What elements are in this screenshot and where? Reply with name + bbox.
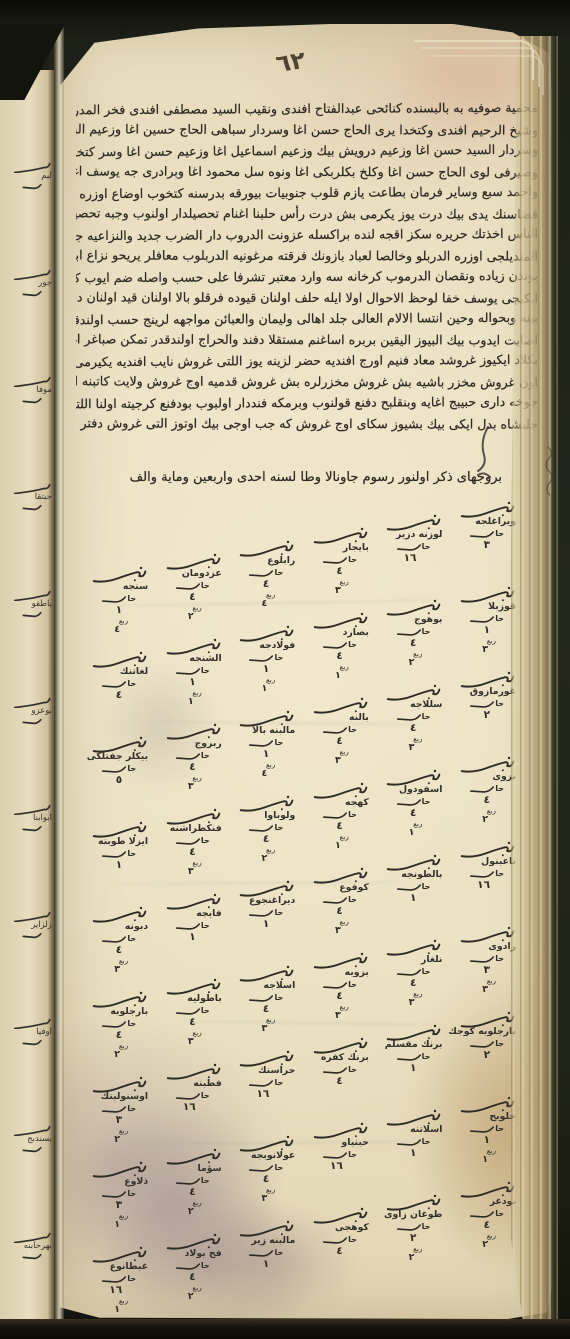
hane-entry: حا [299, 641, 357, 650]
rub-count: ٣ [372, 998, 414, 1007]
facing-page-entry: موفا [0, 374, 52, 404]
register-row: غورمازوق حا ٢ سللاجه حا ٤ ربع ٣ بال [78, 670, 516, 755]
hane-label: حا [422, 1053, 431, 1061]
hane-count: ٤ [299, 651, 343, 661]
hane-count: ٤ [299, 1246, 343, 1256]
village-name: برنك مقسلم [372, 1040, 442, 1050]
hane-entry: حا [372, 1223, 430, 1232]
village-name: ويراغلجه [446, 517, 516, 527]
hane-label: حا [201, 1262, 210, 1270]
hane-label: حا [348, 1151, 357, 1159]
hane-count: ٤ [299, 991, 343, 1001]
hane-count: ٤ [372, 638, 416, 648]
hane-label: حا [495, 700, 504, 708]
hane-dash-icon [22, 825, 42, 832]
hane-entry: حا [299, 981, 357, 990]
hane-count: ٤ [299, 566, 343, 576]
facing-entry-text: جبتقا [0, 493, 52, 502]
hane-label: حا [495, 1040, 504, 1048]
rub-entry: ربع ١ [446, 1147, 496, 1164]
hane-label: حا [495, 870, 504, 878]
hane-label: حا [127, 1275, 136, 1283]
hane-count: ٤ [152, 1272, 196, 1282]
hane-count: ١٦ [78, 1285, 122, 1295]
hane-dash-icon [397, 883, 421, 892]
hane-dash-icon [397, 1053, 421, 1062]
text-line: واحمد سبع وساير فرمان بطاعت يازم قلوب جن… [76, 181, 538, 204]
village-name: فايجه [152, 909, 222, 919]
hane-entry: حا [225, 994, 283, 1003]
hane-dash-icon [22, 1253, 42, 1260]
hane-dash-icon [397, 1223, 421, 1232]
hane-entry: حا [225, 1079, 283, 1088]
rub-count: ٣ [372, 743, 414, 752]
hane-dash-icon [249, 994, 273, 1003]
hane-dash-icon [470, 1040, 494, 1049]
rub-count: ٢ [446, 1240, 488, 1249]
hane-label: حا [495, 530, 504, 538]
rub-entry: ربع ٣ [446, 977, 496, 994]
hane-dash-icon [470, 1125, 494, 1134]
hane-label: حا [348, 641, 357, 649]
rub-entry: ربع ٣ [372, 735, 422, 752]
hane-label: حا [495, 1125, 504, 1133]
hane-entry: حا [299, 1066, 357, 1075]
register-row: بودغر حا ٤ ربع ٢ طوغان زاوى حا ٢ ربع ٢ [78, 1180, 516, 1265]
village-name: ربروج [152, 739, 222, 749]
text-line: جوخه دارى حبيبج اغايه وبنقلبح دفنع قولنو… [76, 391, 538, 414]
hane-dash-icon [470, 955, 494, 964]
hane-dash-icon [249, 909, 273, 918]
register-cell: قوزبلا حا ١ ربع ٣ [446, 585, 516, 670]
page-stack-edges [414, 40, 554, 110]
hane-dash-icon [22, 397, 42, 404]
hane-entry: حا [299, 1151, 357, 1160]
rub-entry: ربع ٣ [372, 990, 422, 1007]
register-row: ويراغلجه حا ٣ لوزنه دزير حا ١٦ بايجار حا [78, 500, 516, 585]
facing-page-entry: بوعزو [0, 695, 52, 725]
hane-count: ٤ [299, 736, 343, 746]
hane-label: حا [348, 556, 357, 564]
hane-dash-icon [176, 1262, 200, 1271]
hane-dash-icon [249, 569, 273, 578]
hane-entry: حا [225, 569, 283, 578]
register-cell: بارجلوبه كوجك حا ٢ [446, 1010, 516, 1095]
village-name: اسفودول [372, 785, 442, 795]
hane-entry: حا [446, 1125, 504, 1134]
village-name: عولانوبجه [225, 1151, 295, 1161]
hane-dash-icon [249, 739, 273, 748]
village-name: ناعبنول [446, 857, 516, 867]
hane-dash-icon [22, 1039, 42, 1046]
rub-count: ٣ [446, 985, 488, 994]
page-gutter [48, 24, 64, 1324]
hane-count: ١ [372, 1063, 416, 1073]
rub-label: ربع [372, 735, 422, 743]
hane-entry: حا [225, 1164, 283, 1173]
hane-dash-icon [323, 1236, 347, 1245]
facing-entry-text: ياطفو [0, 600, 52, 609]
hane-count: ١ [372, 893, 416, 903]
rub-label: ربع [446, 1232, 496, 1240]
hane-dash-icon [397, 543, 421, 552]
hane-entry: حا [225, 654, 283, 663]
hane-dash-icon [397, 968, 421, 977]
rub-label: ربع [446, 1147, 496, 1155]
rub-count: ٢ [446, 815, 488, 824]
hane-dash-icon [249, 654, 273, 663]
text-line: وصيرفى لوى الحاج حسن اغا وكلخ بكلربكى اغ… [76, 160, 538, 182]
village-name: بالنه [299, 713, 369, 723]
hane-dash-icon [249, 1079, 273, 1088]
register-cell: جلوبح حا ١ ربع ١ [446, 1095, 516, 1180]
hane-entry: حا [299, 896, 357, 905]
facing-entry-text: بهرحابنه [0, 1242, 52, 1251]
hane-count: ١ [446, 625, 490, 635]
village-name: بودغر [446, 1197, 516, 1207]
hane-label: حا [274, 1249, 283, 1257]
hane-dash-icon [470, 870, 494, 879]
hane-dash-icon [323, 811, 347, 820]
village-name: رادوى [446, 942, 516, 952]
hane-count: ٤ [446, 1220, 490, 1230]
rub-entry: ربع ٢ [372, 650, 422, 667]
village-name: جلوبح [446, 1112, 516, 1122]
hane-dash-icon [323, 1151, 347, 1160]
register-row: قوزبلا حا ١ ربع ٣ بوهوج حا ٤ ربع ٢ [78, 585, 516, 670]
hane-count: ٣ [446, 540, 490, 550]
rub-label: ربع [78, 1297, 128, 1305]
hane-entry: حا [446, 870, 504, 879]
hane-dash-icon [249, 1249, 273, 1258]
hane-count: ١ [372, 1148, 416, 1158]
hane-count: ٢ [446, 1050, 490, 1060]
register-row: جلوبح حا ١ ربع ١ اسلاتنه حا ١ حبنيا [78, 1095, 516, 1180]
register-cell: بزوى حا ٤ ربع ٢ [446, 755, 516, 840]
hane-entry: حا [299, 556, 357, 565]
rub-entry: ربع ١ [372, 820, 422, 837]
register-cell: طوغان زاوى حا ٢ ربع ٢ [372, 1193, 442, 1278]
book-cover-top [0, 0, 570, 24]
hane-count: ٤ [299, 821, 343, 831]
register-cell: بودغر حا ٤ ربع ٢ [446, 1180, 516, 1265]
rub-count: ١ [78, 1305, 120, 1314]
hane-entry: حا [372, 883, 430, 892]
rub-label: ربع [372, 820, 422, 828]
hane-count: ٤ [372, 723, 416, 733]
register-row: رادوى حا ٣ ربع ٣ نلغار حا ٤ ربع ٣ [78, 925, 516, 1010]
rub-count: ٢ [372, 1253, 414, 1262]
hane-count: ٢ [372, 1233, 416, 1243]
text-line: المنديلجى اوزره الدربلو وخالصا لعباد باز… [76, 244, 538, 266]
rub-entry: ربع ٢ [446, 1232, 496, 1249]
village-name: عزدومان [152, 569, 222, 579]
hane-label: حا [348, 1236, 357, 1244]
hane-entry: حا [225, 824, 283, 833]
facing-page-entry: جور [0, 267, 52, 297]
hane-label: حا [495, 955, 504, 963]
facing-page-entry: اوفيا [0, 1016, 52, 1046]
hane-dash-icon [397, 798, 421, 807]
hane-entry: حا [372, 543, 430, 552]
hane-label: حا [274, 569, 283, 577]
village-name: ديراغنجوع [225, 896, 295, 906]
hane-dash-icon [249, 1164, 273, 1173]
hane-entry: حا [372, 713, 430, 722]
hane-entry: حا [372, 798, 430, 807]
hane-entry: حا [225, 1249, 283, 1258]
facing-entry-text: بسندبج [0, 1135, 52, 1144]
hane-label: حا [274, 909, 283, 917]
village-name: لوزنه دزير [372, 530, 442, 540]
hane-label: حا [274, 654, 283, 662]
village-name: الشنجه [152, 654, 222, 664]
hane-entry: حا [372, 968, 430, 977]
facing-entry-text: جور [0, 279, 52, 288]
hane-dash-icon [22, 932, 42, 939]
hane-dash-icon [470, 530, 494, 539]
text-line: ايكيجى يوسف خفا لوحظ الاحوال اولا ايله ح… [76, 286, 538, 308]
hane-dash-icon [470, 785, 494, 794]
village-name: فولادجه [225, 641, 295, 651]
hane-label: حا [422, 883, 431, 891]
hane-count: ٢ [446, 710, 490, 720]
village-name: سللاجه [372, 700, 442, 710]
hane-label: حا [422, 1138, 431, 1146]
text-line: وشيخ الرحيم افندى وكتخدا يرى الحاج حسن ا… [76, 118, 538, 140]
text-line: جلبشاه بدل ايكى بيك بشيوز سكاى اوج غروش … [76, 412, 538, 434]
folio-number: ٦٢ [274, 46, 307, 78]
hane-label: حا [274, 994, 283, 1002]
village-name: اسلاجه [225, 981, 295, 991]
hane-label: حا [348, 811, 357, 819]
rub-entry: ربع ١ [78, 1297, 128, 1314]
facing-entry-text: بوعزو [0, 707, 52, 716]
register-cell: رادوى حا ٣ ربع ٣ [446, 925, 516, 1010]
hane-label: حا [348, 726, 357, 734]
hane-dash-icon [397, 628, 421, 637]
facing-page-strip: ليم جور موفا جبتقا ياطفو بوعزو ابوابنا ز… [0, 70, 54, 1322]
facing-page-entry: بسندبج [0, 1123, 52, 1153]
hane-entry: حا [446, 700, 504, 709]
village-name: غورمازوق [446, 687, 516, 697]
hane-dash-icon [397, 1138, 421, 1147]
village-name: سؤما [152, 1164, 222, 1174]
village-name: حراسنك [225, 1066, 295, 1076]
hane-count: ٤ [372, 978, 416, 988]
hane-entry: حا [78, 1275, 136, 1284]
hane-label: حا [495, 1210, 504, 1218]
text-line: اون غروش مخزر باشيه بش غروش مخزرلره بش غ… [76, 370, 538, 392]
hane-label: حا [422, 798, 431, 806]
hane-dash-icon [470, 700, 494, 709]
text-line: بكلاد ايكيوز غروشد معاد فنيم اورج افنديه… [76, 349, 538, 372]
facing-entry-text: ابوابنا [0, 814, 52, 823]
rub-count: ١ [372, 828, 414, 837]
village-name: كوهجى [299, 1223, 369, 1233]
hane-entry: حا [372, 628, 430, 637]
hane-dash-icon [323, 896, 347, 905]
hane-dash-icon [22, 611, 42, 618]
register-cell: مالبنه زير حا ١ [225, 1219, 295, 1304]
facing-page-entry: ليم [0, 160, 52, 190]
hane-label: حا [422, 1223, 431, 1231]
village-name: نلغار [372, 955, 442, 965]
register-cell: غبطانوع حا ١٦ ربع ١ [78, 1245, 148, 1330]
rub-entry: ربع ٣ [446, 637, 496, 654]
village-name: حبنياو [299, 1138, 369, 1148]
rub-count: ٢ [152, 1292, 194, 1301]
hane-label: حا [495, 785, 504, 793]
rub-entry: ربع ٢ [446, 807, 496, 824]
hane-entry: حا [372, 1138, 430, 1147]
register-cell: فخ بولاد حا ٤ ربع ٢ [152, 1232, 222, 1317]
hane-label: حا [274, 1079, 283, 1087]
hane-count: ١ [446, 1135, 490, 1145]
village-name: بزوبه [299, 968, 369, 978]
village-name: قوزبلا [446, 602, 516, 612]
village-name: كوفوع [299, 883, 369, 893]
book-photo: ليم جور موفا جبتقا ياطفو بوعزو ابوابنا ز… [0, 0, 570, 1339]
rub-label: ربع [372, 650, 422, 658]
text-line: وسردار السيد حسن اغا وزعيم درويش بيك وزع… [76, 139, 538, 162]
hane-entry: حا [299, 1236, 357, 1245]
hane-dash-icon [22, 504, 42, 511]
register-cell: كوهجى حا ٤ [299, 1206, 369, 1291]
village-name: برنك كفره [299, 1053, 369, 1063]
hane-label: حا [274, 1164, 283, 1172]
hane-dash-icon [397, 713, 421, 722]
hane-entry: حا [225, 739, 283, 748]
village-name: رابلوع [225, 556, 295, 566]
hane-count: ٤ [446, 795, 490, 805]
village-name: فخ بولاد [152, 1249, 222, 1259]
village-name: بالطونجه [372, 870, 442, 880]
rub-label: ربع [446, 637, 496, 645]
hane-entry: حا [152, 1262, 210, 1271]
village-name: غبطانوع [78, 1262, 148, 1272]
register-cell: ناعبنول حا ١٦ [446, 840, 516, 925]
village-name: بزوى [446, 772, 516, 782]
hane-count: ٤ [299, 906, 343, 916]
rub-label: ربع [446, 977, 496, 985]
hane-entry: حا [446, 1210, 504, 1219]
edge-annotation-icon [542, 445, 558, 505]
village-name: فطبنه [152, 1079, 222, 1089]
hane-count: ٤ [299, 1076, 343, 1086]
text-line: الناس اخذتك حريره سكز اقجه لنده براكسله … [76, 223, 538, 246]
hane-dash-icon [22, 183, 42, 190]
rub-label: ربع [152, 1284, 202, 1292]
hane-dash-icon [249, 824, 273, 833]
hane-label: حا [422, 543, 431, 551]
hane-label: حا [422, 968, 431, 976]
hane-dash-icon [22, 718, 42, 725]
hane-count: ٣ [446, 965, 490, 975]
closing-line: بروجهاى ذكر اولنور رسوم جاونالا وطا لسنه… [129, 470, 503, 485]
book-cover-bottom [0, 1319, 570, 1339]
hane-dash-icon [470, 1210, 494, 1219]
village-name: بايجار [299, 543, 369, 553]
register-row: بزوى حا ٤ ربع ٢ اسفودول حا ٤ ربع ١ [78, 755, 516, 840]
register-row: ناعبنول حا ١٦ بالطونجه حا ١ كوفوع حا [78, 840, 516, 925]
hane-count: ١٦ [372, 553, 416, 563]
village-name: فنكطراشنه [152, 824, 222, 834]
hane-label: حا [495, 615, 504, 623]
manuscript-page: ٦٢ محمية صوفيه به بالبسنده كنائحى عبدالف… [60, 22, 552, 1319]
facing-page-entry: زلزاير [0, 909, 52, 939]
hane-label: حا [274, 739, 283, 747]
hane-label: حا [274, 824, 283, 832]
facing-page-entry: ابوابنا [0, 802, 52, 832]
text-line: اصابت ايدوب بيك البيوز اليقين بربره اساغ… [76, 328, 538, 350]
rub-label: ربع [372, 990, 422, 998]
hane-count: ١٦ [446, 880, 490, 890]
hane-entry: حا [446, 785, 504, 794]
hane-entry: حا [372, 1053, 430, 1062]
hane-label: حا [422, 628, 431, 636]
hane-entry: حا [299, 811, 357, 820]
text-line: بينه وبحواله وحين انتسا الالام العالى جل… [76, 307, 538, 330]
hane-dash-icon [323, 556, 347, 565]
book-fore-edge [508, 36, 558, 1322]
hane-label: حا [348, 896, 357, 904]
register-row: بارجلوبه كوجك حا ٢ برنك مقسلم حا ١ برنك … [78, 1010, 516, 1095]
text-line: بوندن زياده ونقصان الدرموب كرخانه سه وار… [76, 265, 538, 288]
village-register: ويراغلجه حا ٣ لوزنه دزير حا ١٦ بايجار حا [78, 500, 516, 1265]
hane-dash-icon [323, 641, 347, 650]
margin-note-flourish-icon [470, 425, 496, 485]
village-name: ولوباوا [225, 811, 295, 821]
facing-entry-text: ليم [0, 172, 52, 181]
hane-label: حا [348, 981, 357, 989]
facing-page-entry: ياطفو [0, 588, 52, 618]
main-text-block: محمية صوفيه به بالبسنده كنائحى عبدالفتاح… [76, 98, 538, 434]
hane-dash-icon [470, 615, 494, 624]
hane-label: حا [422, 713, 431, 721]
rub-count: ١ [446, 1155, 488, 1164]
facing-entry-text: اوفيا [0, 1028, 52, 1037]
village-name: اسلاتنه [372, 1125, 442, 1135]
hane-label: حا [348, 1066, 357, 1074]
rub-entry: ربع ٢ [152, 1284, 202, 1301]
village-name: باطوليه [152, 994, 222, 1004]
rub-count: ٣ [446, 645, 488, 654]
text-line: قضاسنك يدى بيك درت يوز يكرمى بش درت رأس … [76, 202, 538, 224]
rub-label: ربع [372, 1245, 422, 1253]
hane-entry: حا [446, 955, 504, 964]
hane-entry: حا [225, 909, 283, 918]
register-cell: ويراغلجه حا ٣ [446, 500, 516, 585]
hane-entry: حا [446, 530, 504, 539]
facing-page-entry: بهرحابنه [0, 1230, 52, 1260]
hane-dash-icon [323, 981, 347, 990]
hane-dash-icon [323, 726, 347, 735]
hane-entry: حا [446, 1040, 504, 1049]
village-name: طوغان زاوى [372, 1210, 442, 1220]
village-name: بارجلوبه كوجك [446, 1027, 516, 1037]
hane-entry: حا [446, 615, 504, 624]
hane-count: ١٦ [299, 1161, 343, 1171]
rub-label: ربع [446, 807, 496, 815]
hane-dash-icon [22, 1146, 42, 1153]
hane-count: ١ [225, 1259, 269, 1269]
hane-entry: حا [299, 726, 357, 735]
hane-dash-icon [22, 290, 42, 297]
facing-entry-text: موفا [0, 386, 52, 395]
rub-count: ٢ [372, 658, 414, 667]
village-name: مالبنه زير [225, 1236, 295, 1246]
